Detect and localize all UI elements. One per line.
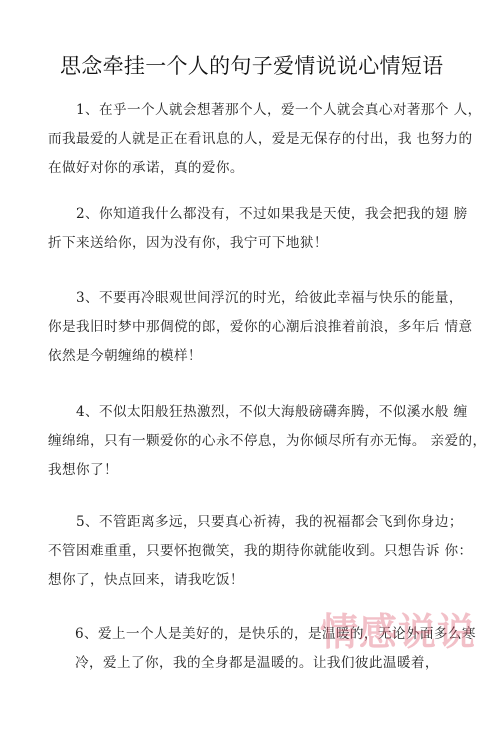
paragraph-line: 你是我旧时梦中那倜傥的郎，爱你的心潮后浪推着前浪，多年后 情意 [48,313,460,342]
paragraph-line: 4、不似太阳般狂热激烈，不似大海般磅礴奔腾，不似溪水般 缠 [48,398,460,427]
paragraph-line: 3、不要再冷眼观世间浮沉的时光，给彼此幸福与快乐的能量， [48,284,460,313]
paragraph-line: 而我最爱的人就是正在看讯息的人，爱是无保存的付出，我 也努力的 [48,125,460,154]
paragraph-line: 依然是今朝缠绵的模样！ [48,342,460,371]
paragraph-2: 2、你知道我什么都没有，不过如果我是天使，我会把我的翅 膀 折下来送给你，因为没… [48,200,460,258]
paragraph-line: 2、你知道我什么都没有，不过如果我是天使，我会把我的翅 膀 [48,200,460,229]
watermark: 情感说说 [320,612,476,652]
document-title: 思念牵挂一个人的句子爱情说说心情短语 [60,52,460,80]
paragraph-line: 我想你了！ [48,456,460,485]
paragraph-line: 在做好对你的承诺，真的爱你。 [48,154,460,183]
paragraph-line: 1、在乎一个人就会想著那个人，爱一个人就会真心对著那个 人， [48,96,460,125]
paragraph-line: 不管困难重重，只要怀抱微笑，我的期待你就能收到。只想告诉 你： [48,537,460,566]
paragraph-line: 想你了，快点回来，请我吃饭！ [48,566,460,595]
paragraph-5: 5、不管距离多远，只要真心祈祷，我的祝福都会飞到你身边； 不管困难重重，只要怀抱… [48,508,460,595]
paragraph-4: 4、不似太阳般狂热激烈，不似大海般磅礴奔腾，不似溪水般 缠 缠绵绵，只有一颗爱你… [48,398,460,485]
paragraph-line: 缠绵绵，只有一颗爱你的心永不停息，为你倾尽所有亦无悔。 亲爱的， [48,427,460,456]
paragraph-3: 3、不要再冷眼观世间浮沉的时光，给彼此幸福与快乐的能量， 你是我旧时梦中那倜傥的… [48,284,460,371]
paragraph-line: 折下来送给你，因为没有你，我宁可下地狱！ [48,229,460,258]
paragraph-line: 5、不管距离多远，只要真心祈祷，我的祝福都会飞到你身边； [48,508,460,537]
paragraph-1: 1、在乎一个人就会想著那个人，爱一个人就会真心对著那个 人， 而我最爱的人就是正… [48,96,460,183]
